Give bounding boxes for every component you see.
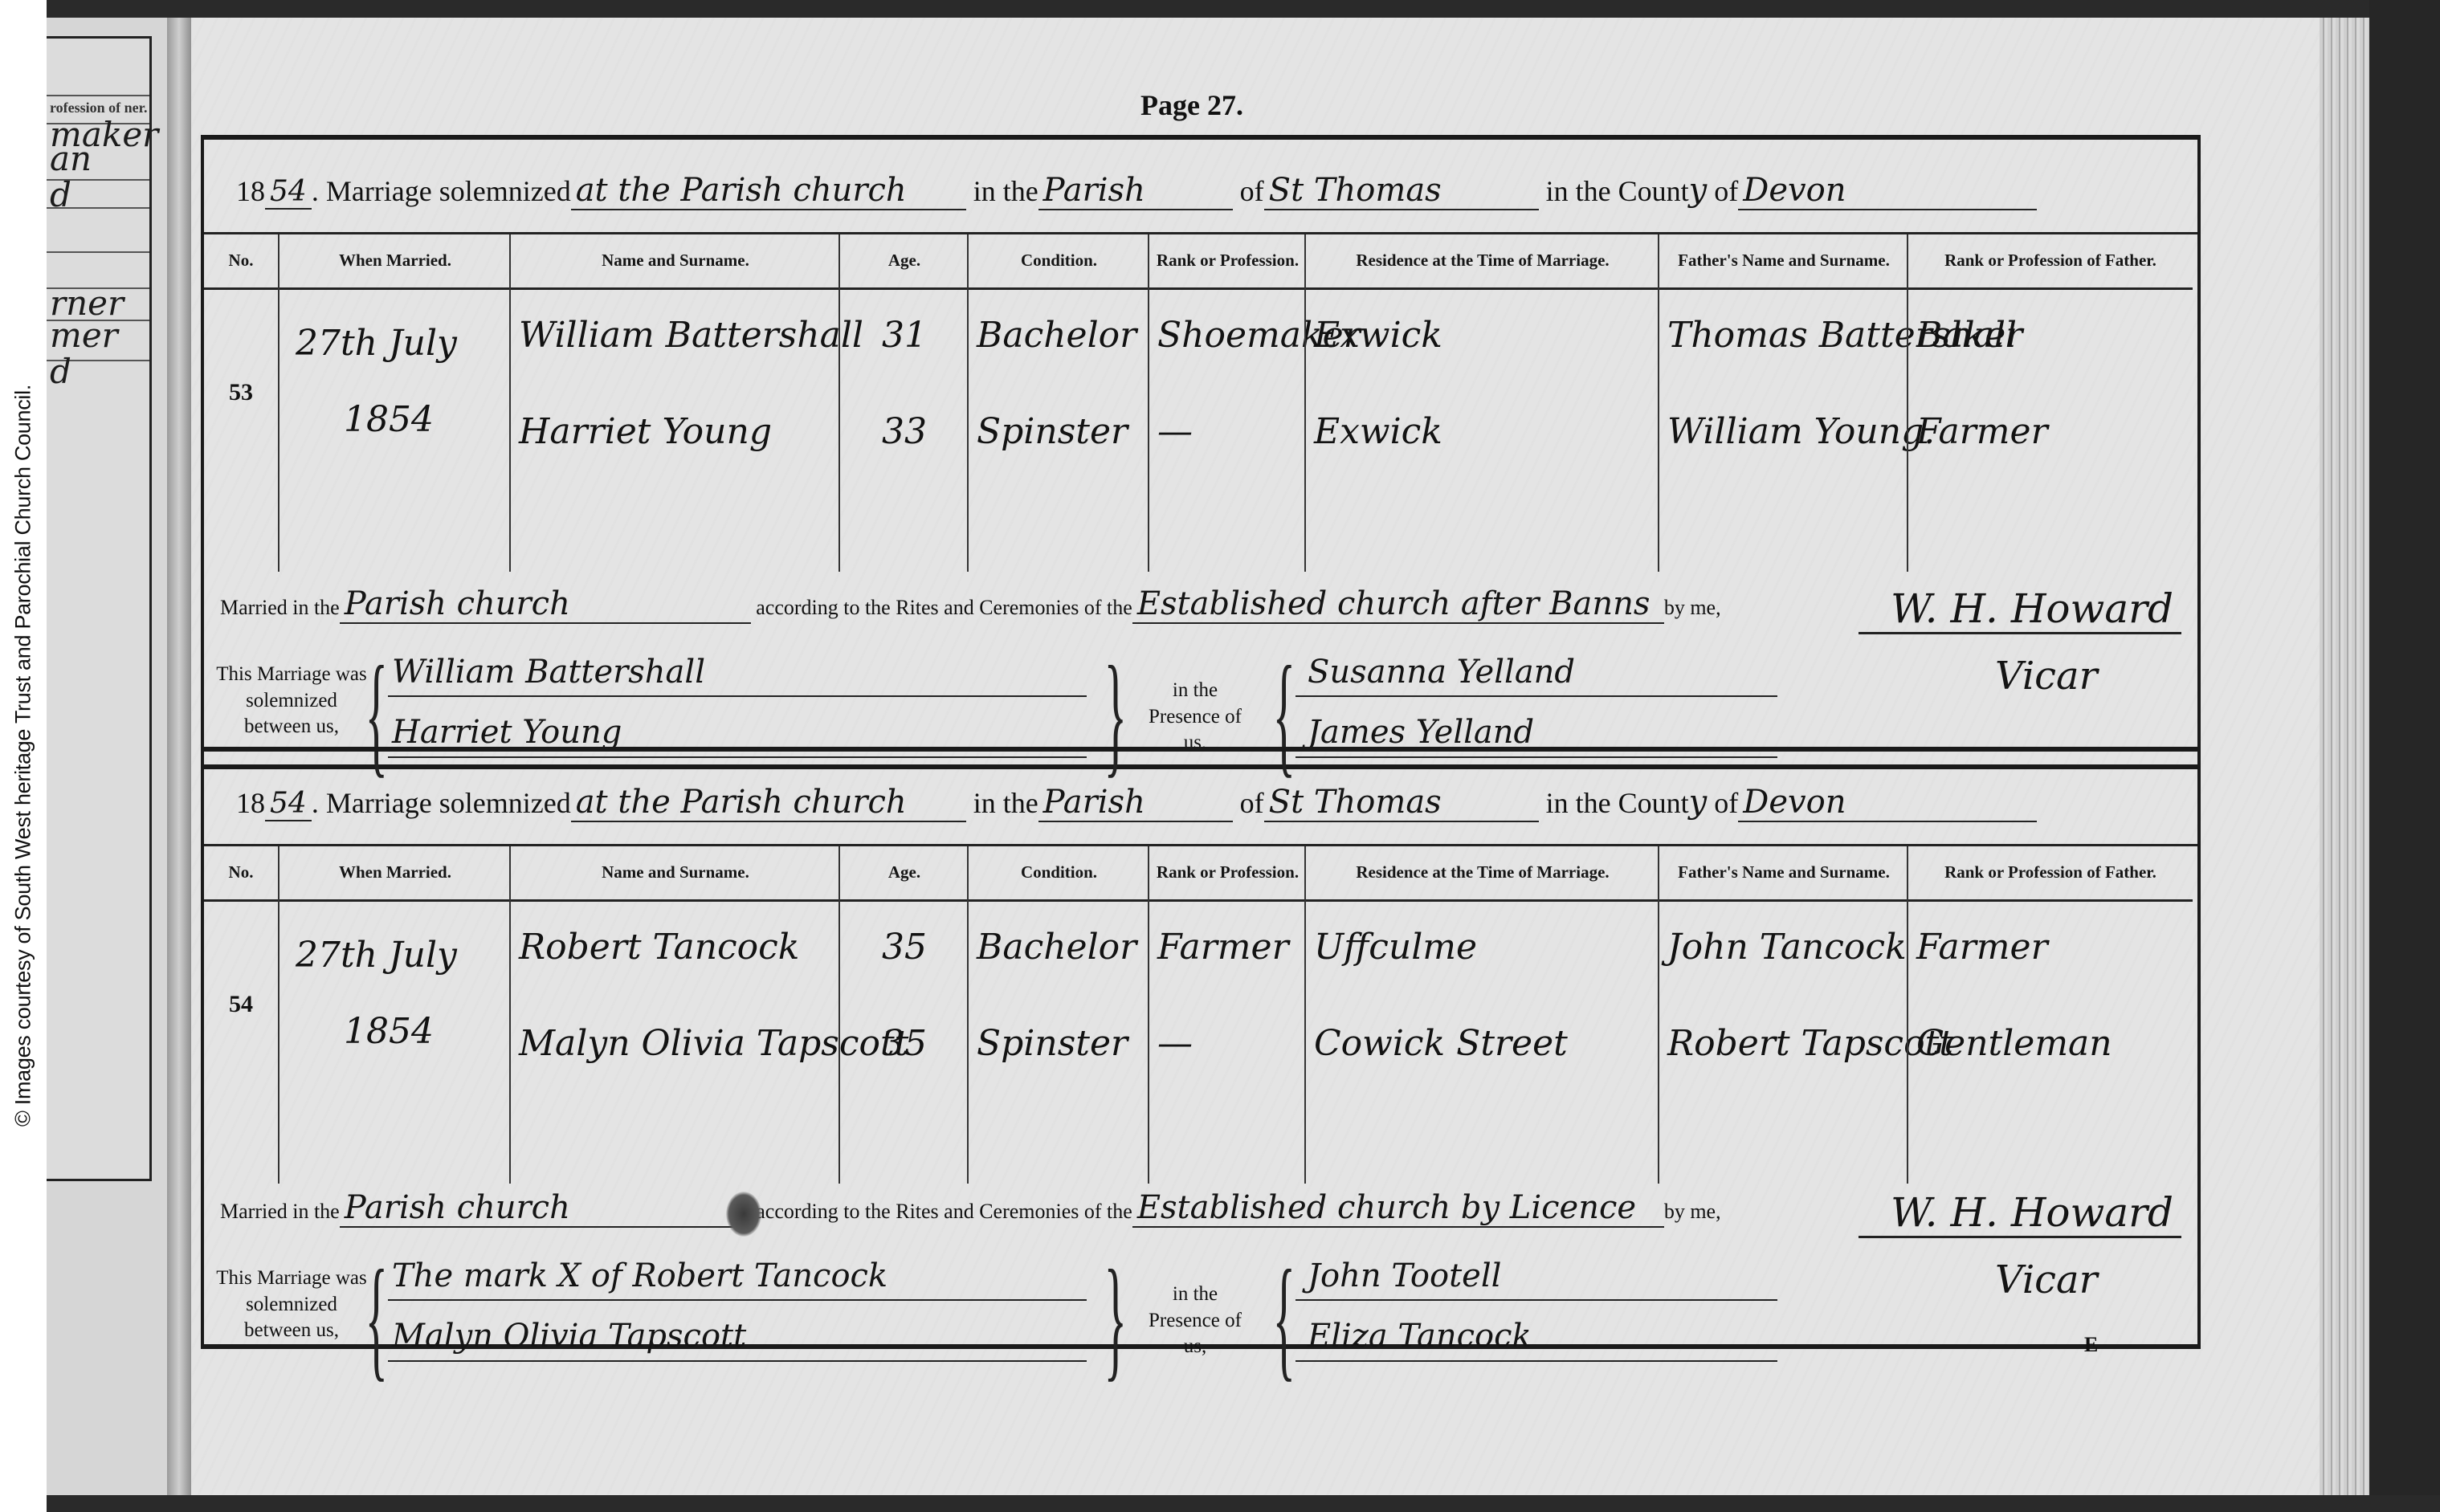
previous-page-text: d <box>50 352 71 391</box>
residence-bride: Exwick <box>1314 411 1655 452</box>
column-header: Condition. <box>969 234 1149 290</box>
previous-page-header: rofession of ner. <box>50 100 148 116</box>
label-in-presence: in the Presence of us, <box>1139 1282 1251 1360</box>
witness-signature: James Yelland <box>1308 714 1534 751</box>
previous-page-text: mer <box>50 316 118 355</box>
column: Name and Surname.William BattershallHarr… <box>509 234 840 572</box>
label-of: of <box>1240 175 1264 207</box>
district-type: Parish <box>1038 784 1233 822</box>
solemnized-at: at the Parish church <box>571 172 966 210</box>
label-this-marriage: This Marriage was solemnized between us, <box>215 1265 368 1344</box>
witness-signature: John Tootell <box>1308 1257 1501 1294</box>
county-suffix: y <box>1689 784 1708 821</box>
name-groom: William Battershall <box>519 315 835 356</box>
label-according-to: according to the Rites and Ceremonies of… <box>756 1200 1132 1223</box>
column: Rank or Profession.Shoemaker— <box>1148 234 1306 572</box>
column-header: When Married. <box>279 846 511 902</box>
officiant-signature: W. H. Howard <box>1859 1189 2181 1238</box>
column-header: When Married. <box>279 234 511 290</box>
column: Age.3535 <box>838 846 969 1184</box>
year-prefix: 18 <box>236 787 265 819</box>
page-edges <box>2320 18 2369 1495</box>
column-header: Father's Name and Surname. <box>1659 846 1908 902</box>
label-in-presence: in the Presence of us, <box>1139 678 1251 756</box>
signature-line <box>388 1299 1087 1301</box>
county: Devon <box>1738 784 2037 822</box>
sheet-mark: E <box>2084 1333 2098 1357</box>
column-header: Rank or Profession. <box>1149 846 1306 902</box>
label-this-marriage: This Marriage was solemnized between us, <box>215 662 368 740</box>
label-by-me: by me, <box>1664 596 1721 619</box>
column-header: No. <box>204 846 278 902</box>
father-name-bride: William Young. <box>1667 411 1903 452</box>
year-prefix: 18 <box>236 175 265 207</box>
district-type: Parish <box>1038 172 1233 210</box>
entry-table: No.53 When Married.27th July1854 Name an… <box>204 232 2197 572</box>
brace-right: } <box>1104 1249 1128 1386</box>
column-header: Rank or Profession of Father. <box>1908 234 2193 290</box>
entry-number: 54 <box>204 991 278 1018</box>
married-in: Parish church <box>340 585 751 624</box>
column-header: Residence at the Time of Marriage. <box>1306 234 1659 290</box>
label-married-in: Married in the <box>220 1200 340 1223</box>
book-cover-bottom <box>47 1495 2440 1512</box>
father-name-bride: Robert Tapscott <box>1667 1023 1903 1064</box>
column-header: Condition. <box>969 846 1149 902</box>
name-groom: Robert Tancock <box>519 927 835 968</box>
residence-bride: Cowick Street <box>1314 1023 1655 1064</box>
rank-bride: — <box>1157 1023 1301 1064</box>
name-bride: Harriet Young <box>519 411 835 452</box>
age-groom: 35 <box>840 927 969 968</box>
solemnized-at: at the Parish church <box>571 784 966 822</box>
column: No.53 <box>204 234 278 572</box>
marriage-entry: 1854. Marriage solemnizedat the Parish c… <box>201 135 2201 769</box>
column-header: Rank or Profession of Father. <box>1908 846 2193 902</box>
year-suffix: 54 <box>265 787 312 821</box>
year-married: 1854 <box>344 1011 506 1052</box>
father-rank-bride: Gentleman <box>1916 1023 2188 1064</box>
signature-line <box>1295 695 1777 697</box>
column: Age.3133 <box>838 234 969 572</box>
date-married: 27th July <box>296 323 506 364</box>
signature-block: This Marriage was solemnized between us,… <box>215 1265 2175 1394</box>
signature-line <box>388 1360 1087 1362</box>
father-name-groom: John Tancock <box>1667 927 1903 968</box>
signature-line <box>1295 1299 1777 1301</box>
column: Rank or Profession of Father.BakerFarmer <box>1907 234 2193 572</box>
father-rank-bride: Farmer <box>1916 411 2188 452</box>
column: When Married.27th July1854 <box>278 846 511 1184</box>
year-suffix: 54 <box>265 175 312 210</box>
condition-bride: Spinster <box>977 1023 1145 1064</box>
label-marriage-solemnized: Marriage solemnized <box>326 175 571 207</box>
party-signature: Harriet Young <box>392 714 622 751</box>
column: Rank or Profession.Farmer— <box>1148 846 1306 1184</box>
credit-strip: © Images courtesy of South West heritage… <box>0 0 47 1512</box>
district-name: St Thomas <box>1264 172 1539 210</box>
entry-number: 53 <box>204 379 278 406</box>
date-married: 27th July <box>296 935 506 976</box>
signature-line <box>1295 1360 1777 1362</box>
witness-signature: Susanna Yelland <box>1308 654 1575 691</box>
column-header: No. <box>204 234 278 290</box>
column-header: Age. <box>840 234 969 290</box>
label-marriage-solemnized: Marriage solemnized <box>326 787 571 819</box>
age-bride: 33 <box>840 411 969 452</box>
brace-left: { <box>365 1249 389 1386</box>
column-header: Rank or Profession. <box>1149 234 1306 290</box>
year-married: 1854 <box>344 399 506 440</box>
age-groom: 31 <box>840 315 969 356</box>
wax-seal <box>726 1192 761 1237</box>
column: Condition.BachelorSpinster <box>967 234 1149 572</box>
label-county: in the Count <box>1546 175 1689 207</box>
father-name-groom: Thomas Battershall <box>1667 315 1903 356</box>
label-according-to: according to the Rites and Ceremonies of… <box>756 596 1132 619</box>
label-of: of <box>1240 787 1264 819</box>
previous-page-text: an <box>50 139 92 178</box>
officiant-signature: W. H. Howard <box>1859 585 2181 634</box>
page-number: Page 27. <box>1140 88 1243 122</box>
label-married-in: Married in the <box>220 596 340 619</box>
book-gutter <box>167 18 191 1495</box>
column: When Married.27th July1854 <box>278 234 511 572</box>
label-in-the: in the <box>973 175 1038 207</box>
column-header: Father's Name and Surname. <box>1659 234 1908 290</box>
label-county: in the Count <box>1546 787 1689 819</box>
column: Condition.BachelorSpinster <box>967 846 1149 1184</box>
column-header: Name and Surname. <box>511 846 840 902</box>
party-signature: William Battershall <box>392 654 705 691</box>
residence-groom: Exwick <box>1314 315 1655 356</box>
image-credit: © Images courtesy of South West heritage… <box>11 385 36 1127</box>
married-in-row: Married in theParish church according to… <box>220 585 1721 624</box>
entry-heading: 1854. Marriage solemnizedat the Parish c… <box>236 172 2037 210</box>
married-in: Parish church <box>340 1189 751 1228</box>
married-in-row: Married in theParish church according to… <box>220 1189 1721 1228</box>
condition-groom: Bachelor <box>977 927 1145 968</box>
rites: Established church by Licence <box>1132 1189 1664 1228</box>
previous-page-register: rofession of ner. maker an d rner mer d <box>47 36 152 1181</box>
brace-left: { <box>1273 1249 1296 1386</box>
label-of: of <box>1714 175 1738 207</box>
book-cover <box>47 0 2440 18</box>
label-in-the: in the <box>973 787 1038 819</box>
residence-groom: Uffculme <box>1314 927 1655 968</box>
condition-groom: Bachelor <box>977 315 1145 356</box>
condition-bride: Spinster <box>977 411 1145 452</box>
column-header: Name and Surname. <box>511 234 840 290</box>
father-rank-groom: Baker <box>1916 315 2188 356</box>
book-cover-right <box>2369 0 2440 1512</box>
label-by-me: by me, <box>1664 1200 1721 1223</box>
column: No.54 <box>204 846 278 1184</box>
county: Devon <box>1738 172 2037 210</box>
column-header: Age. <box>840 846 969 902</box>
father-rank-groom: Farmer <box>1916 927 2188 968</box>
column: Rank or Profession of Father.FarmerGentl… <box>1907 846 2193 1184</box>
witness-signature: Eliza Tancock <box>1308 1318 1532 1355</box>
county-suffix: y <box>1689 172 1708 209</box>
age-bride: 35 <box>840 1023 969 1064</box>
column: Residence at the Time of Marriage.Uffcul… <box>1304 846 1659 1184</box>
signature-line <box>388 695 1087 697</box>
party-signature: The mark X of Robert Tancock <box>392 1257 887 1294</box>
label-of: of <box>1714 787 1738 819</box>
column: Name and Surname.Robert TancockMalyn Oli… <box>509 846 840 1184</box>
name-bride: Malyn Olivia Tapscott <box>519 1023 835 1064</box>
party-signature: Malyn Olivia Tapscott <box>392 1318 746 1355</box>
rites: Established church after Banns <box>1132 585 1664 624</box>
rank-groom: Shoemaker <box>1157 315 1301 356</box>
rank-groom: Farmer <box>1157 927 1301 968</box>
entry-heading: 1854. Marriage solemnizedat the Parish c… <box>236 784 2037 822</box>
column: Father's Name and Surname.Thomas Batters… <box>1658 234 1908 572</box>
rank-bride: — <box>1157 411 1301 452</box>
column: Residence at the Time of Marriage.Exwick… <box>1304 234 1659 572</box>
district-name: St Thomas <box>1264 784 1539 822</box>
column-header: Residence at the Time of Marriage. <box>1306 846 1659 902</box>
marriage-entry: 1854. Marriage solemnizedat the Parish c… <box>201 747 2201 1349</box>
column: Father's Name and Surname.John TancockRo… <box>1658 846 1908 1184</box>
entry-table: No.54 When Married.27th July1854 Name an… <box>204 844 2197 1184</box>
